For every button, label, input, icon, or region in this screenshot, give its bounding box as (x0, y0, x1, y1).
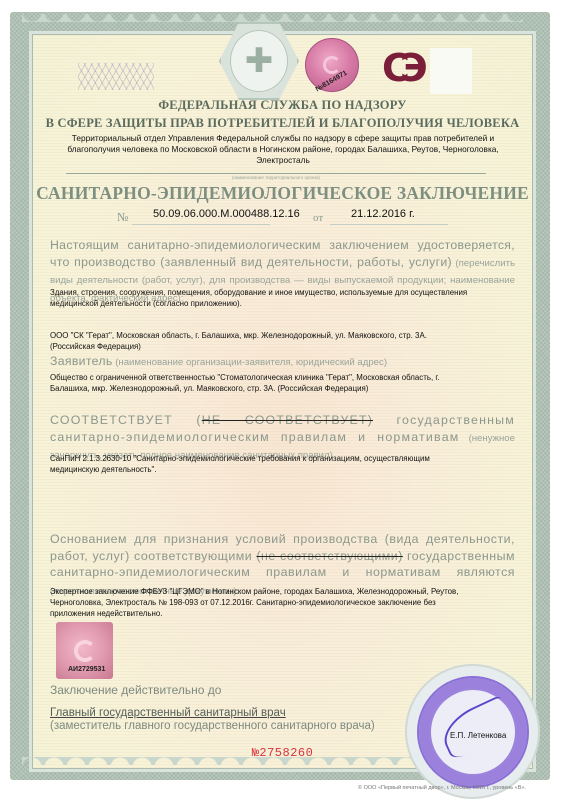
hologram-sticker-top: №8164971 (305, 38, 359, 92)
applicant-text: Общество с ограниченной ответственностью… (50, 372, 470, 394)
territorial-caption: (наименование территориального органа) (66, 175, 486, 180)
activity-text: Здания, строения, сооружения, помещения,… (50, 287, 470, 309)
date-underline (330, 224, 448, 225)
document-title: САНИТАРНО-ЭПИДЕМИОЛОГИЧЕСКОЕ ЗАКЛЮЧЕНИЕ (32, 183, 533, 204)
applicant-hint: (наименование организации-заявителя, юри… (113, 357, 387, 368)
valid-until-label: Заключение действительно до (50, 683, 221, 697)
number-underline (132, 224, 270, 225)
document-date: 21.12.2016 г. (351, 208, 415, 220)
blank-corner-box (430, 48, 472, 94)
agency-name-line1: ФЕДЕРАЛЬНАЯ СЛУЖБА ПО НАДЗОРУ (32, 98, 533, 113)
se-logo-icon: СЭ (382, 49, 418, 87)
hologram-sticker-bottom: АИ2729531 (56, 622, 113, 679)
security-pattern (78, 63, 154, 90)
divider (66, 173, 486, 174)
guilloche-top (22, 14, 523, 22)
applicant-label: Заявитель (50, 354, 113, 368)
hologram-c-icon (74, 640, 96, 662)
conforms-text: СООТВЕТСТВУЕТ ( (50, 413, 202, 427)
agency-name-line2: В СФЕРЕ ЗАЩИТЫ ПРАВ ПОТРЕБИТЕЛЕЙ И БЛАГО… (32, 116, 533, 131)
date-label: от (313, 212, 323, 224)
not-conforms-struck: НЕ СООТВЕТСТВУЕТ) (202, 413, 373, 427)
printer-imprint: © ООО «Первый печатный двор», г. Москва,… (358, 785, 526, 791)
chief-doctor-title: Главный государственный санитарный врач (50, 707, 286, 719)
hologram-serial-bottom: АИ2729531 (68, 666, 105, 673)
basis-struck: (не соответствующими) (256, 549, 402, 563)
chief-doctor-subtitle: (заместитель главного государственного с… (50, 720, 375, 732)
sanpin-text: СанПиН 2.1.3.2630-10 "Санитарно-эпидемио… (50, 453, 470, 475)
basis-documents: Экспертное заключение ФФБУЗ "ЦГЭМО" в Но… (50, 586, 470, 619)
signer-name: Е.П. Летенкова (450, 731, 506, 740)
territorial-body: Территориальный отдел Управления Федерал… (45, 133, 521, 166)
document-number: 50.09.06.000.М.000488.12.16 (153, 208, 300, 220)
blank-serial-number: №2758260 (32, 746, 533, 760)
certifies-text: Настоящим санитарно-эпидемиологическим з… (50, 238, 515, 269)
hologram-c-icon (323, 56, 341, 74)
double-headed-eagle-icon: ✚ (230, 30, 288, 92)
object-address: ООО "СК "Герат", Московская область, г. … (50, 330, 470, 352)
applicant-heading: Заявитель (наименование организации-заяв… (50, 352, 387, 370)
number-label: № (117, 210, 128, 225)
